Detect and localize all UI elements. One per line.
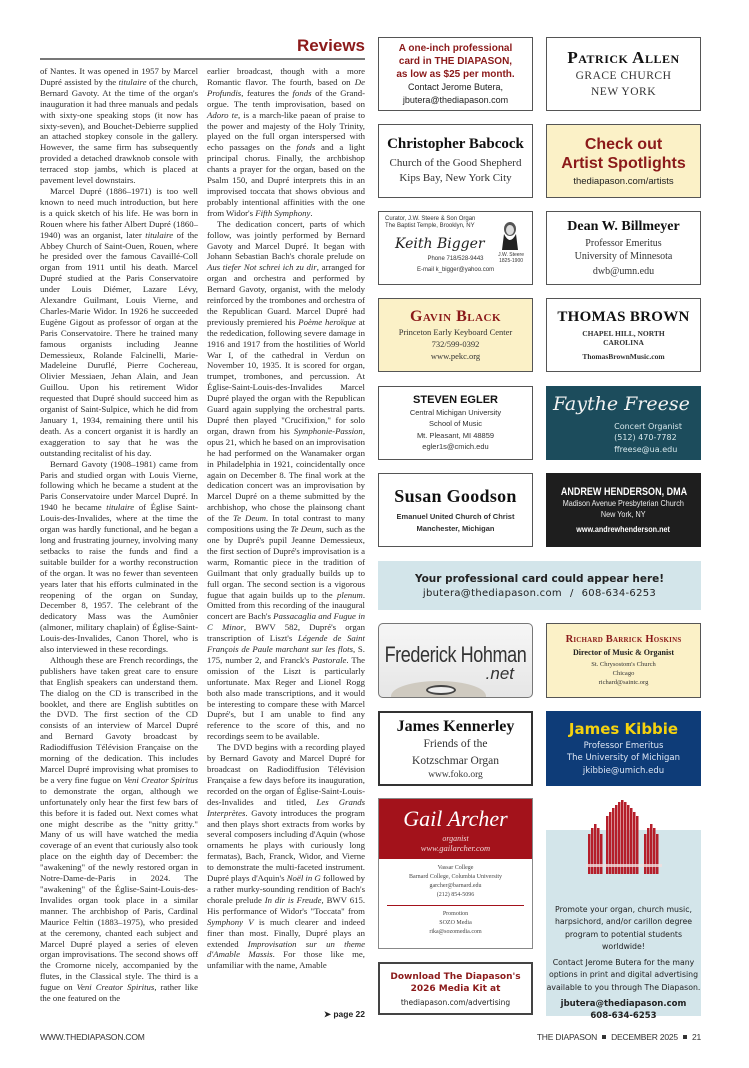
professional-card-banner[interactable]: Your professional card could appear here… (378, 561, 701, 610)
card-email[interactable]: dwb@umn.edu (593, 266, 654, 277)
promo-line-3: as low as $25 per month. (396, 68, 514, 81)
portrait-icon (498, 220, 522, 250)
card-role: organist (442, 834, 468, 843)
article-column-2: earlier broadcast, though with a more Ro… (207, 66, 365, 971)
card-name: Richard Barrick Hoskins (566, 634, 682, 645)
article-paragraph: earlier broadcast, though with a more Ro… (207, 66, 365, 219)
card-name: Gavin Black (410, 308, 501, 326)
card-name: STEVEN EGLER (413, 394, 498, 406)
card-url[interactable]: www.gailarcher.com (421, 843, 490, 853)
card-thomas-brown[interactable]: THOMAS BROWN CHAPEL HILL, NORTH CAROLINA… (546, 298, 701, 372)
card-line: Professor Emeritus (585, 237, 661, 250)
mediakit-line-1: Download The Diapason's (390, 971, 520, 983)
card-details: Concert Organist (512) 470-7782 ffreese@… (614, 421, 682, 456)
card-andrew-henderson[interactable]: ANDREW HENDERSON, DMA Madison Avenue Pre… (546, 473, 701, 547)
card-email[interactable]: richard@saintc.org (599, 678, 649, 687)
card-title: Director of Music & Organist (573, 648, 674, 657)
card-line: Vassar College (379, 864, 532, 873)
card-phone: (512) 470-7782 (614, 432, 682, 444)
card-name: James Kibbie (569, 720, 678, 738)
promo-paragraph: Contact Jerome Butera for the many optio… (546, 957, 701, 994)
card-line: Central Michigan University (410, 407, 501, 418)
card-line: Emanuel United Church of Christ (397, 511, 515, 523)
footer-website[interactable]: WWW.THEDIAPASON.COM (40, 1032, 145, 1042)
card-name: Gail Archer (403, 806, 508, 832)
card-email[interactable]: ffreese@ua.edu (614, 444, 682, 456)
card-url[interactable]: www.andrewhenderson.net (577, 524, 671, 534)
card-divider (387, 905, 525, 906)
card-patrick-allen[interactable]: Patrick Allen GRACE CHURCH NEW YORK (546, 37, 701, 111)
promo-line-2: card in THE DIAPASON, (399, 55, 512, 68)
promo-line-1: A one-inch professional (399, 42, 513, 55)
promo-email[interactable]: jbutera@thediapason.com (546, 998, 701, 1010)
card-line: The University of Michigan (567, 752, 680, 764)
article-paragraph: Bernard Gavoty (1908–1981) came from Par… (40, 459, 198, 655)
banner-phone: 608-634-6253 (582, 588, 656, 599)
card-richard-barrick-hoskins[interactable]: Richard Barrick Hoskins Director of Musi… (546, 623, 701, 698)
banner-separator: / (570, 588, 574, 599)
mediakit-url[interactable]: thediapason.com/advertising (401, 998, 510, 1007)
card-name: Susan Goodson (394, 486, 516, 507)
card-phone: (212) 854-5096 (379, 891, 532, 900)
card-name: Christopher Babcock (387, 136, 524, 153)
bullet-separator (602, 1035, 606, 1039)
card-line: University of Minnesota (575, 250, 673, 263)
card-email[interactable]: jkibbie@umich.edu (583, 765, 664, 777)
card-line: Kips Bay, New York City (399, 171, 511, 186)
card-line: Friends of the (424, 736, 488, 753)
card-christopher-babcock[interactable]: Christopher Babcock Church of the Good S… (378, 124, 533, 198)
card-susan-goodson[interactable]: Susan Goodson Emanuel United Church of C… (378, 473, 533, 547)
card-line: Princeton Early Keyboard Center (399, 326, 513, 338)
spotlight-line-1: Check out (585, 135, 662, 154)
card-domain-suffix: .net (486, 664, 514, 684)
promo-contact: Contact Jerome Butera, (408, 81, 503, 94)
banner-headline: Your professional card could appear here… (415, 573, 664, 585)
article-column-1: of Nantes. It was opened in 1957 by Marc… (40, 66, 198, 1004)
article-paragraph: of Nantes. It was opened in 1957 by Marc… (40, 66, 198, 186)
card-james-kibbie[interactable]: James Kibbie Professor Emeritus The Univ… (546, 711, 701, 786)
promo-label: Promotion (379, 910, 532, 919)
card-line: GRACE CHURCH (576, 68, 672, 84)
footer-issue: DECEMBER 2025 (611, 1032, 678, 1042)
card-url[interactable]: www.foko.org (428, 770, 483, 780)
card-line: Kotzschmar Organ (412, 753, 499, 770)
mediakit-line-2: 2026 Media Kit at (411, 983, 501, 995)
section-title: Reviews (290, 36, 365, 56)
continued-on-page-link[interactable]: ➤ page 22 (290, 1009, 365, 1020)
card-name: ANDREW HENDERSON, DMA (560, 486, 686, 498)
footer-publication: THE DIAPASON (537, 1032, 597, 1042)
card-media-kit[interactable]: Download The Diapason's 2026 Media Kit a… (378, 962, 533, 1015)
page-number: 21 (692, 1032, 701, 1042)
promo-org: SOZO Media (379, 919, 532, 928)
article-paragraph: Marcel Dupré (1886–1971) is too well kno… (40, 186, 198, 459)
card-line: Madison Avenue Presbyterian Church (563, 498, 684, 509)
card-steven-egler[interactable]: STEVEN EGLER Central Michigan University… (378, 386, 533, 460)
card-line: Chicago (613, 669, 635, 678)
article-paragraph: The DVD begins with a recording played b… (207, 742, 365, 971)
card-email[interactable]: garcher@barnard.edu (379, 882, 532, 891)
spotlight-line-2: Artist Spotlights (561, 154, 685, 173)
card-line: Professor Emeritus (584, 740, 664, 752)
card-phone: 732/599-0392 (432, 338, 480, 350)
card-line: CHAPEL HILL, NORTH (582, 329, 664, 338)
spotlight-url[interactable]: thediapason.com/artists (573, 176, 673, 187)
portrait-caption: J.W. Steere 1825-1900 (498, 252, 524, 264)
card-name: Patrick Allen (567, 48, 679, 68)
card-faythe-freese[interactable]: Faythe Freese Concert Organist (512) 470… (546, 386, 701, 460)
card-james-kennerley[interactable]: James Kennerley Friends of the Kotzschma… (378, 711, 533, 786)
bullet-separator (683, 1035, 687, 1039)
card-line: New York, NY (601, 509, 646, 520)
article-paragraph: Although these are French recordings, th… (40, 655, 198, 1004)
promo-email[interactable]: rika@sozomedia.com (379, 928, 532, 937)
card-header: Gail Archer organist www.gailarcher.com (379, 799, 532, 859)
card-ad-promo[interactable]: A one-inch professional card in THE DIAP… (378, 37, 533, 111)
card-line: CAROLINA (603, 338, 644, 347)
banner-contact: jbutera@thediapason.com/608-634-6253 (423, 588, 656, 599)
card-name: Faythe Freese (553, 393, 690, 415)
card-email[interactable]: egler1s@cmich.edu (422, 441, 488, 452)
card-body: Vassar College Barnard College, Columbia… (379, 859, 532, 937)
card-line: Church of the Good Shepherd (390, 156, 522, 171)
card-line: NEW YORK (591, 84, 656, 100)
organ-program-promo[interactable]: Promote your organ, church music, harpsi… (546, 800, 701, 1016)
card-url[interactable]: ThomasBrownMusic.com (582, 352, 664, 361)
section-divider (40, 58, 365, 60)
card-line: Barnard College, Columbia University (379, 873, 532, 882)
card-keith-bigger[interactable]: Curator, J.W. Steere & Son Organ The Bap… (378, 211, 533, 285)
card-email[interactable]: E-mail k_bigger@yahoo.com (385, 267, 526, 274)
card-line: Mt. Pleasant, MI 48859 (417, 430, 494, 441)
card-name: James Kennerley (397, 718, 515, 736)
card-line: St. Chrysostom's Church (591, 660, 656, 669)
card-line: Manchester, Michigan (417, 523, 495, 535)
card-name: THOMAS BROWN (557, 309, 689, 326)
card-url[interactable]: www.pekc.org (431, 350, 480, 362)
card-gavin-black[interactable]: Gavin Black Princeton Early Keyboard Cen… (378, 298, 533, 372)
promo-text: Promote your organ, church music, harpsi… (546, 904, 701, 1022)
organ-pipes-icon (586, 800, 662, 880)
article-paragraph: The dedication concert, parts of which f… (207, 219, 365, 743)
card-name: Dean W. Billmeyer (567, 219, 679, 235)
promo-paragraph: Promote your organ, church music, harpsi… (546, 904, 701, 953)
card-frederick-hohman[interactable]: Frederick Hohman .net (378, 623, 533, 698)
card-line: Concert Organist (614, 421, 682, 433)
promo-phone: 608-634-6253 (546, 1010, 701, 1022)
card-dean-billmeyer[interactable]: Dean W. Billmeyer Professor Emeritus Uni… (546, 211, 701, 285)
card-gail-archer[interactable]: Gail Archer organist www.gailarcher.com … (378, 798, 533, 949)
cd-hole-icon (426, 685, 456, 695)
card-artist-spotlights[interactable]: Check out Artist Spotlights thediapason.… (546, 124, 701, 198)
banner-email[interactable]: jbutera@thediapason.com (423, 588, 562, 599)
footer-issue-info: THE DIAPASONDECEMBER 202521 (537, 1032, 701, 1042)
promo-email[interactable]: jbutera@thediapason.com (403, 94, 508, 107)
card-line: School of Music (429, 418, 482, 429)
